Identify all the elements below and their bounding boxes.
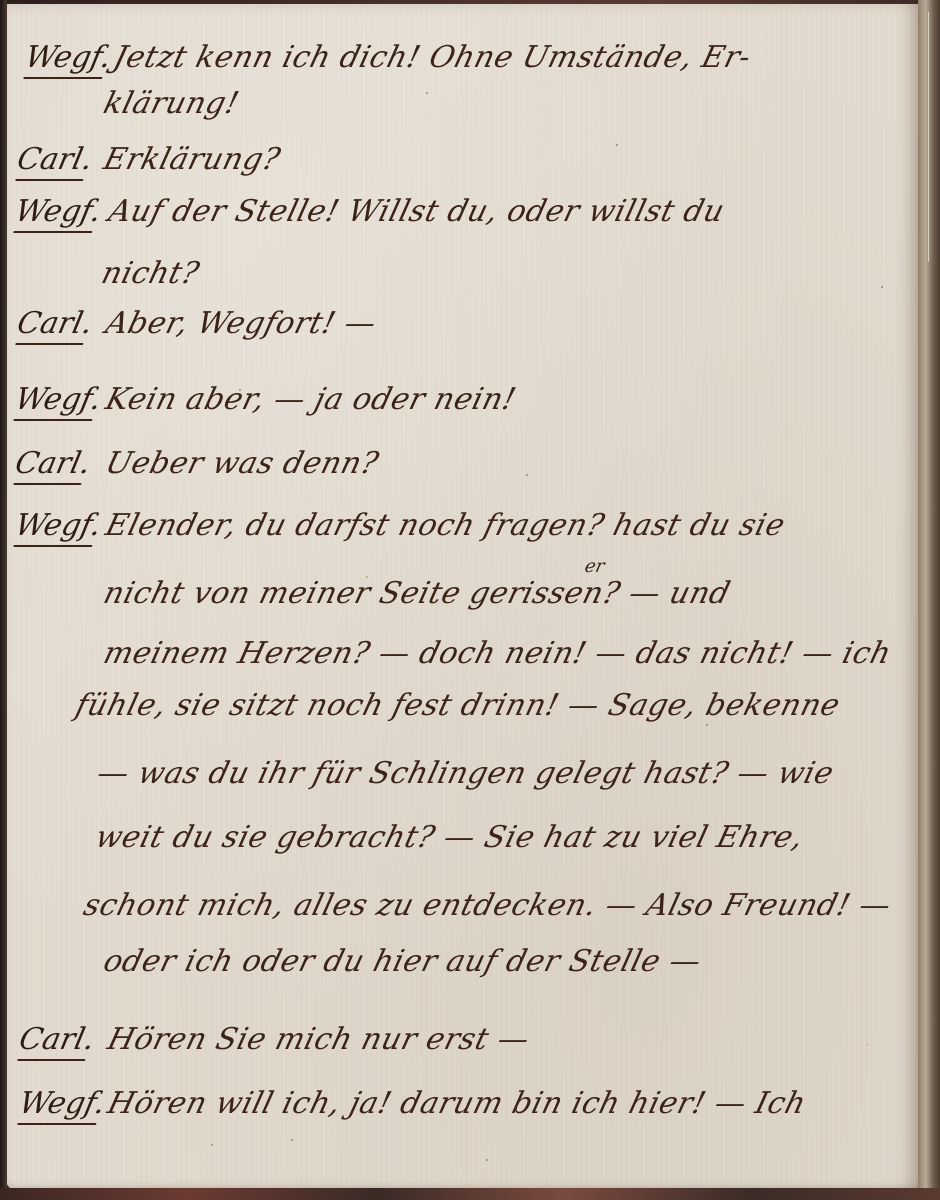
dialogue-line: nicht von meiner Seite gerissen? — und — [100, 576, 734, 611]
interlinear-insertion: er — [583, 556, 607, 577]
dialogue-line: Kein aber, — ja oder nein! — [102, 382, 520, 417]
speaker-label: Carl. — [12, 446, 94, 481]
speaker-label: Wegf. — [12, 508, 104, 543]
manuscript-page: Wegf. Jetzt kenn ich dich! Ohne Umstände… — [0, 0, 940, 1200]
dialogue-line: Auf der Stelle! Willst du, oder willst d… — [105, 194, 728, 229]
speaker-label: Carl. — [14, 306, 96, 341]
speaker-label: Wegf. — [22, 40, 114, 75]
dialogue-line: schont mich, alles zu entdecken. — Also … — [80, 888, 895, 923]
dialogue-line: weit du sie gebracht? — Sie hat zu viel … — [92, 820, 807, 855]
dialogue-line: Jetzt kenn ich dich! Ohne Umstände, Er- — [110, 40, 755, 75]
dialogue-line: Hören will ich, ja! darum bin ich hier! … — [104, 1086, 810, 1121]
dialogue-line: Elender, du darfst noch fragen? hast du … — [102, 508, 789, 543]
speaker-label: Carl. — [16, 1022, 98, 1057]
dialogue-line: Aber, Wegfort! — — [102, 306, 380, 341]
dialogue-line: meinem Herzen? — doch nein! — das nicht!… — [100, 636, 895, 671]
dialogue-line: Ueber was denn? — [102, 446, 382, 481]
speaker-label: Carl. — [14, 142, 96, 177]
handwritten-text-block: Wegf. Jetzt kenn ich dich! Ohne Umstände… — [0, 0, 920, 1200]
right-binding-edge — [918, 0, 940, 1200]
speaker-label: Wegf. — [16, 1086, 108, 1121]
dialogue-line: oder ich oder du hier auf der Stelle — — [100, 944, 705, 979]
speaker-label: Wegf. — [12, 382, 104, 417]
dialogue-line: Hören Sie mich nur erst — — [104, 1022, 533, 1057]
dialogue-line: fühle, sie sitzt noch fest drinn! — Sage… — [72, 688, 844, 723]
dialogue-line: Erklärung? — [100, 142, 284, 177]
dialogue-line: klärung! — [100, 86, 243, 121]
dialogue-line: — was du ihr für Schlingen gelegt hast? … — [94, 756, 837, 791]
dialogue-line: nicht? — [98, 256, 203, 291]
speaker-label: Wegf. — [12, 194, 104, 229]
